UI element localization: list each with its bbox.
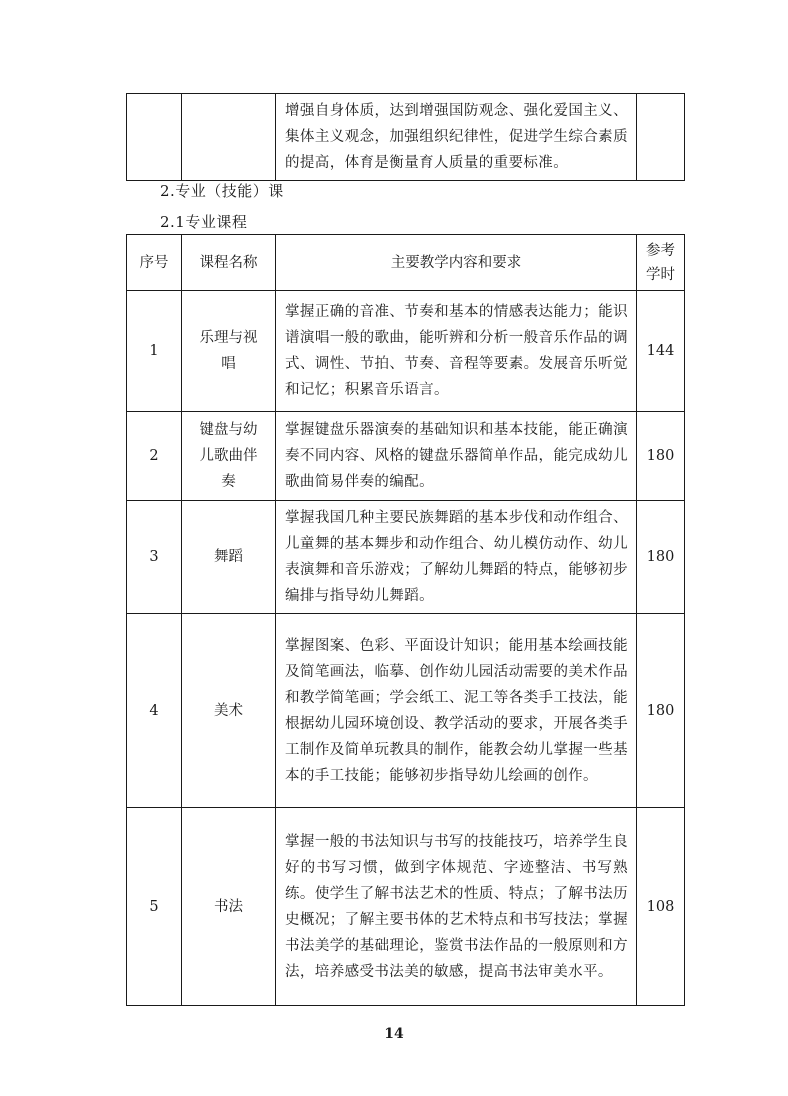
hours-cell: 180 — [637, 501, 685, 614]
header-content: 主要教学内容和要求 — [276, 235, 637, 291]
index-cell — [127, 94, 182, 181]
header-hours: 参考学时 — [637, 235, 685, 291]
hours-cell: 180 — [637, 614, 685, 808]
table-row: 3 舞蹈 掌握我国几种主要民族舞蹈的基本步伐和动作组合、儿童舞的基本舞步和动作组… — [127, 501, 685, 614]
index-cell: 4 — [127, 614, 182, 808]
table-row: 5 书法 掌握一般的书法知识与书写的技能技巧，培养学生良好的书写习惯，做到字体规… — [127, 808, 685, 1006]
continued-table: 增强自身体质，达到增强国防观念、强化爱国主义、集体主义观念，加强组织纪律性，促进… — [126, 93, 685, 181]
content-cell: 掌握图案、色彩、平面设计知识；能用基本绘画技能及简笔画法，临摹、创作幼儿园活动需… — [276, 614, 637, 808]
content-cell: 增强自身体质，达到增强国防观念、强化爱国主义、集体主义观念，加强组织纪律性，促进… — [276, 94, 637, 181]
table-row: 1 乐理与视唱 掌握正确的音准、节奏和基本的情感表达能力；能识谱演唱一般的歌曲，… — [127, 291, 685, 412]
content-cell: 掌握正确的音准、节奏和基本的情感表达能力；能识谱演唱一般的歌曲，能听辨和分析一般… — [276, 291, 637, 412]
index-cell: 5 — [127, 808, 182, 1006]
index-cell: 2 — [127, 412, 182, 501]
name-cell: 美术 — [182, 614, 276, 808]
table-row: 4 美术 掌握图案、色彩、平面设计知识；能用基本绘画技能及简笔画法，临摹、创作幼… — [127, 614, 685, 808]
table-header-row: 序号 课程名称 主要教学内容和要求 参考学时 — [127, 235, 685, 291]
index-cell: 1 — [127, 291, 182, 412]
hours-cell: 108 — [637, 808, 685, 1006]
header-index: 序号 — [127, 235, 182, 291]
subsection-heading: 2.1专业课程 — [160, 211, 247, 232]
content-cell: 掌握键盘乐器演奏的基础知识和基本技能，能正确演奏不同内容、风格的键盘乐器简单作品… — [276, 412, 637, 501]
name-cell: 乐理与视唱 — [182, 291, 276, 412]
content-cell: 掌握我国几种主要民族舞蹈的基本步伐和动作组合、儿童舞的基本舞步和动作组合、幼儿模… — [276, 501, 637, 614]
name-cell: 舞蹈 — [182, 501, 276, 614]
name-cell: 书法 — [182, 808, 276, 1006]
hours-cell: 144 — [637, 291, 685, 412]
content-cell: 掌握一般的书法知识与书写的技能技巧，培养学生良好的书写习惯，做到字体规范、字迹整… — [276, 808, 637, 1006]
course-table: 序号 课程名称 主要教学内容和要求 参考学时 1 乐理与视唱 掌握正确的音准、节… — [126, 234, 685, 1006]
index-cell: 3 — [127, 501, 182, 614]
table-row: 增强自身体质，达到增强国防观念、强化爱国主义、集体主义观念，加强组织纪律性，促进… — [127, 94, 685, 181]
hours-cell — [637, 94, 685, 181]
page-number: 14 — [0, 1026, 788, 1042]
hours-cell: 180 — [637, 412, 685, 501]
table-row: 2 键盘与幼儿歌曲伴奏 掌握键盘乐器演奏的基础知识和基本技能，能正确演奏不同内容… — [127, 412, 685, 501]
header-name: 课程名称 — [182, 235, 276, 291]
section-heading: 2.专业（技能）课 — [160, 180, 284, 201]
name-cell — [182, 94, 276, 181]
name-cell: 键盘与幼儿歌曲伴奏 — [182, 412, 276, 501]
